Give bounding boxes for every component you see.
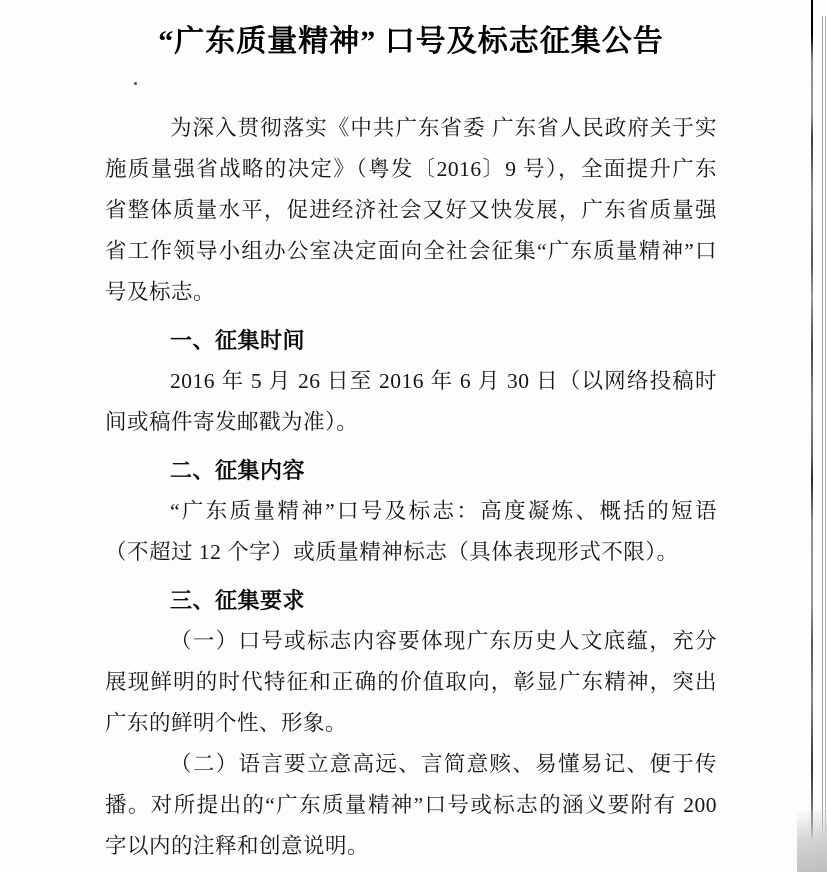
section-3-heading: 三、征集要求 — [170, 580, 717, 621]
page-edge-line — [822, 16, 823, 872]
scan-edge-line — [811, 0, 813, 872]
document-body: “广东质量精神” 口号及标志征集公告 为深入贯彻落实《中共广东省委 广东省人民政… — [105, 0, 717, 867]
corner-scan-shadow — [797, 810, 827, 872]
document-title: “广东质量精神” 口号及标志征集公告 — [105, 22, 717, 62]
intro-paragraph: 为深入贯彻落实《中共广东省委 广东省人民政府关于实施质量强省战略的决定》（粤发〔… — [105, 108, 717, 313]
section-2-paragraph: “广东质量精神”口号及标志：高度凝炼、概括的短语（不超过 12 个字）或质量精神… — [105, 491, 717, 573]
scanned-document-page: “广东质量精神” 口号及标志征集公告 为深入贯彻落实《中共广东省委 广东省人民政… — [0, 0, 827, 872]
section-3-paragraph-2: （二）语言要立意高远、言简意赅、易懂易记、便于传播。对所提出的“广东质量精神”口… — [105, 744, 717, 867]
section-1-heading: 一、征集时间 — [170, 320, 717, 361]
section-1-paragraph: 2016 年 5 月 26 日至 2016 年 6 月 30 日（以网络投稿时间… — [105, 361, 717, 443]
ink-speck — [134, 82, 137, 85]
section-3-paragraph-1: （一）口号或标志内容要体现广东历史人文底蕴，充分展现鲜明的时代特征和正确的价值取… — [105, 621, 717, 744]
page-edge-line-outer — [825, 16, 826, 872]
section-2-heading: 二、征集内容 — [170, 450, 717, 491]
